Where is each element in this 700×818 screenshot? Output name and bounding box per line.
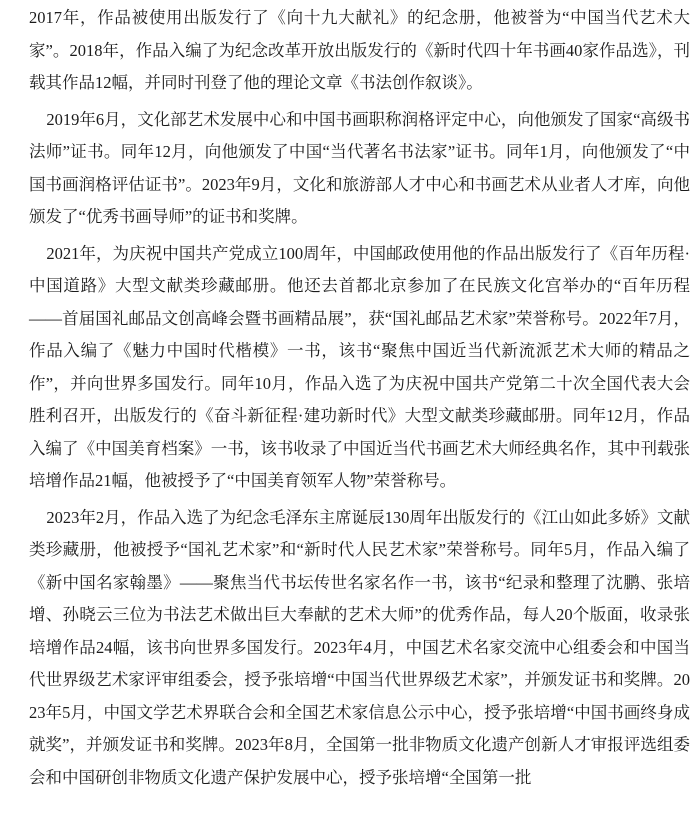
- paragraph-2017-2018-awards: 2017年，作品被使用出版发行了《向十九大献礼》的纪念册，他被誉为“中国当代艺术…: [29, 2, 690, 100]
- document-page: 2017年，作品被使用出版发行了《向十九大献礼》的纪念册，他被誉为“中国当代艺术…: [0, 0, 700, 818]
- paragraph-2023-honors: 2023年2月，作品入选了为纪念毛泽东主席诞辰130周年出版发行的《江山如此多娇…: [29, 502, 690, 795]
- paragraph-2019-certificates: 2019年6月，文化部艺术发展中心和中国书画职称润格评定中心，向他颁发了国家“高…: [29, 104, 690, 234]
- paragraph-2021-2022-stamp-albums: 2021年，为庆祝中国共产党成立100周年，中国邮政使用他的作品出版发行了《百年…: [29, 238, 690, 498]
